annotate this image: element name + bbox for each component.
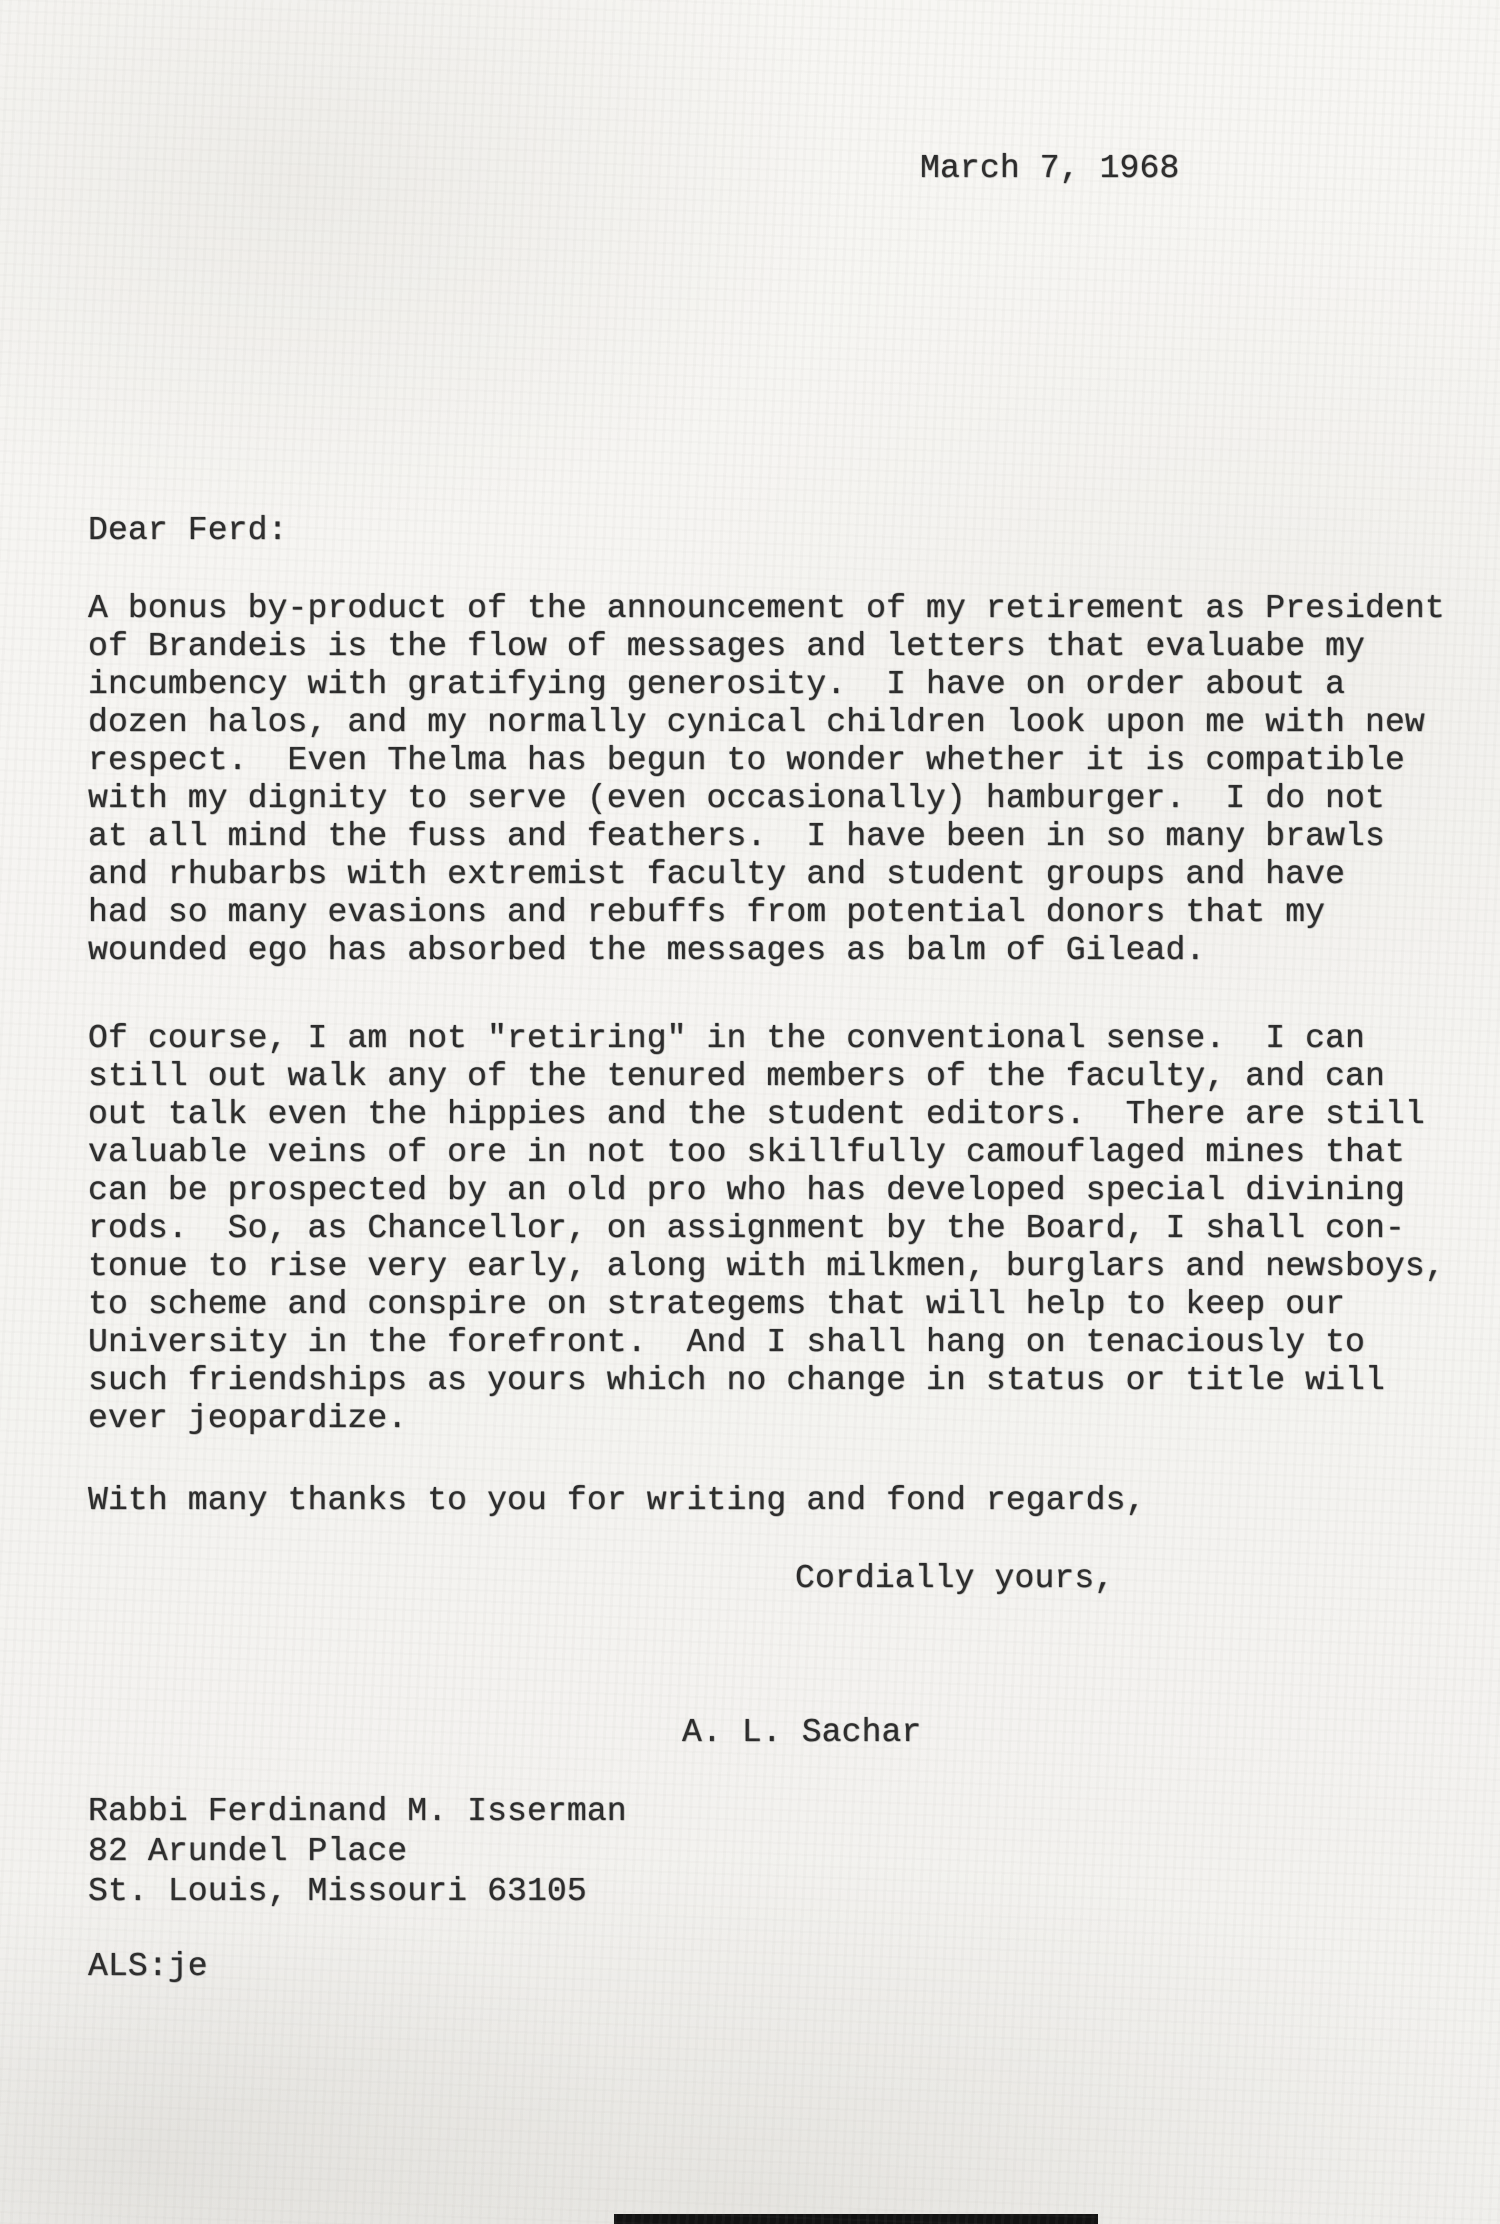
letter-page: March 7, 1968 Dear Ferd: A bonus by-prod… xyxy=(0,0,1500,2224)
closing-line: Cordially yours, xyxy=(795,1560,1114,1598)
signature-name: A. L. Sachar xyxy=(682,1714,921,1752)
paragraph-1: A bonus by-product of the announcement o… xyxy=(88,590,1445,970)
typist-reference: ALS:je xyxy=(88,1948,208,1986)
date-line: March 7, 1968 xyxy=(920,150,1179,188)
paragraph-3: With many thanks to you for writing and … xyxy=(88,1482,1146,1520)
salutation: Dear Ferd: xyxy=(88,512,288,550)
paragraph-2: Of course, I am not "retiring" in the co… xyxy=(88,1020,1445,1438)
recipient-address-block: Rabbi Ferdinand M. Isserman 82 Arundel P… xyxy=(88,1792,627,1912)
scan-edge-artifact xyxy=(614,2214,1098,2224)
